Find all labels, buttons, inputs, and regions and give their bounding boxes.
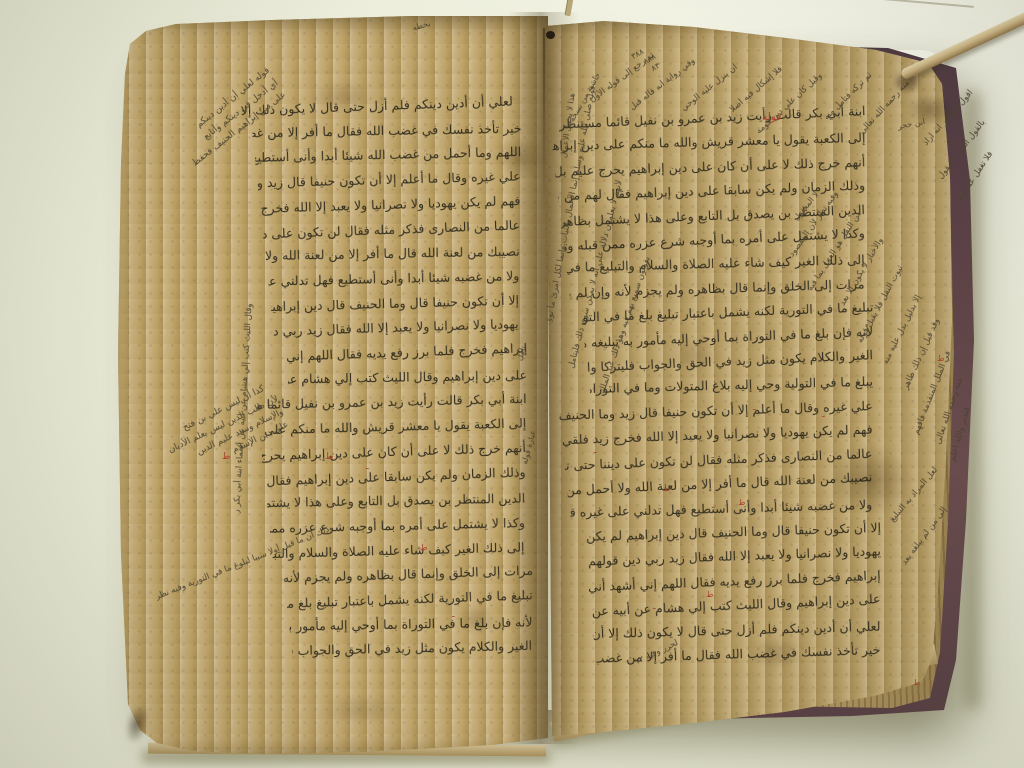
red-ink-mark: قوله	[762, 111, 781, 123]
red-ink-mark: ـ	[452, 610, 455, 620]
binding-thread-stub	[564, 0, 573, 16]
red-ink-mark: ط	[222, 452, 230, 462]
red-ink-mark: ـ	[366, 462, 369, 472]
stick-shadow-line	[838, 0, 974, 8]
red-ink-mark: ط	[325, 452, 333, 462]
red-ink-mark: ـ	[822, 410, 825, 420]
red-ink-mark: ط	[913, 678, 920, 687]
manuscript-photo-scene: لعلي أن أدين دينكم فلم أزل حتى قال لا يك…	[0, 0, 1024, 768]
red-ink-mark: ـ	[753, 403, 756, 413]
left-page-main-text: لعلي أن أدين دينكم فلم أزل حتى قال لا يك…	[245, 91, 532, 666]
red-ink-mark: ط	[738, 498, 745, 507]
red-ink-mark: ـ	[653, 602, 656, 612]
red-ink-mark: ط	[937, 354, 944, 363]
red-ink-mark: ـ	[594, 446, 597, 456]
red-ink-mark: ط	[706, 590, 713, 599]
red-ink-mark: ط	[663, 484, 670, 493]
red-ink-mark: ط	[420, 543, 427, 552]
ink-blot	[546, 31, 555, 39]
gutter-crease	[543, 28, 545, 218]
pointer-stick	[900, 7, 1024, 80]
